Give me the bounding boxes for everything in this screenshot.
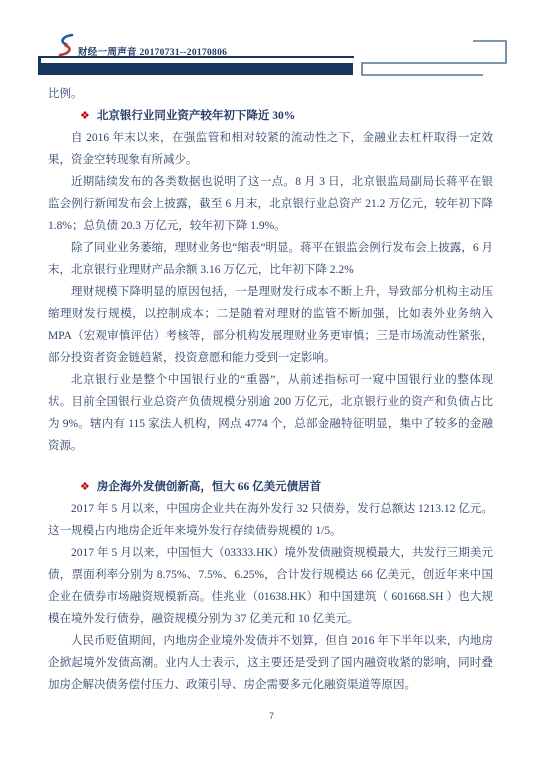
diamond-bullet-icon: ❖: [80, 110, 90, 122]
section-heading-text: 房企海外发债创新高，恒大 66 亿美元债居首: [97, 481, 321, 493]
document-body: 比例。 ❖北京银行业同业资产较年初下降近 30% 自 2016 年末以来，在强监…: [48, 83, 493, 696]
section-heading-text: 北京银行业同业资产较年初下降近 30%: [97, 110, 295, 122]
paragraph: 2017 年 5 月以来，中国房企业共在海外发行 32 只债券，发行总额达 12…: [48, 498, 493, 542]
section-heading-overseas-bonds: ❖房企海外发债创新高，恒大 66 亿美元债居首: [48, 476, 493, 498]
paragraph: 近期陆续发布的各类数据也说明了这一点。8 月 3 日，北京银监局副局长蒋平在银监…: [48, 171, 493, 237]
paragraph: 理财规模下降明显的原因包括，一是理财发行成本不断上升，导致部分机构主动压缩理财发…: [48, 281, 493, 369]
paragraph: 除了同业业务萎缩，理财业务也“缩表”明显。蒋平在银监会例行发布会上披露，6 月末…: [48, 237, 493, 281]
swoosh-logo-icon: [56, 33, 76, 57]
diamond-bullet-icon: ❖: [80, 481, 90, 493]
paragraph: 自 2016 年末以来，在强监管和相对较紧的流动性之下，金融业去杠杆取得一定效果…: [48, 127, 493, 171]
header-rule: [38, 56, 354, 58]
header-navy-bar: [38, 63, 353, 75]
page-number: 7: [0, 711, 543, 722]
paragraph: 北京银行业是整个中国银行业的“重器”，从前述指标可一窥中国银行业的整体现状。目前…: [48, 369, 493, 457]
paragraph: 2017 年 5 月以来，中国恒大（03333.HK）境外发债融资规模最大，共发…: [48, 542, 493, 630]
intro-line: 比例。: [48, 83, 493, 105]
section-heading-beijing-banking: ❖北京银行业同业资产较年初下降近 30%: [48, 105, 493, 127]
paragraph: 人民币贬值期间，内地房企业境外发债并不划算，但自 2016 年下半年以来，内地房…: [48, 630, 493, 696]
